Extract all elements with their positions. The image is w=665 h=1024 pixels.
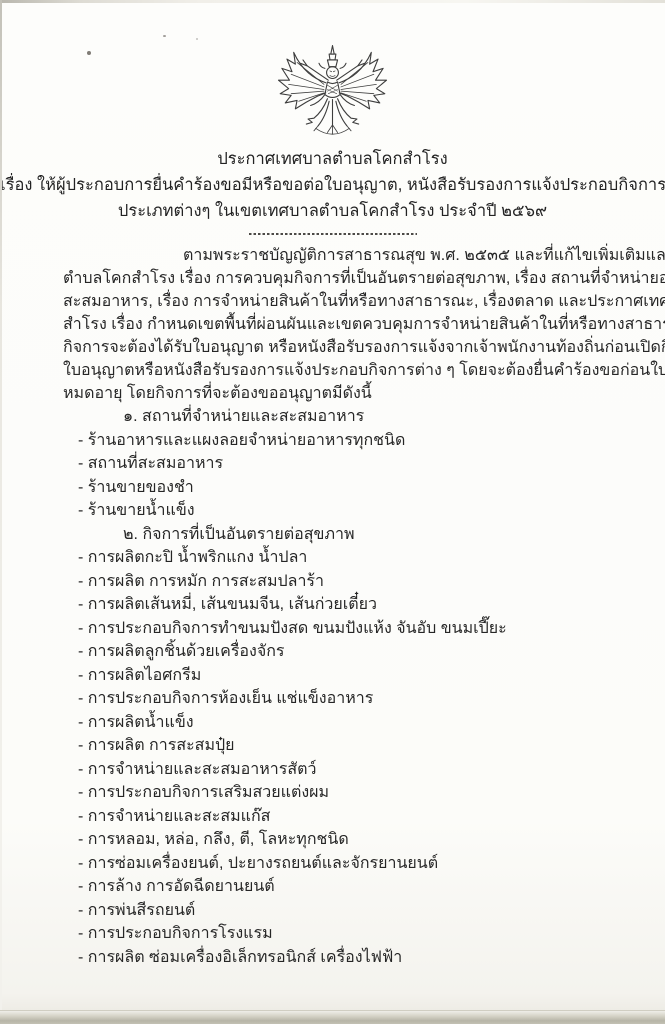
list-item: - ร้านอาหารและแผงลอยจำหน่ายอาหารทุกชนิด <box>63 429 615 453</box>
list-item: - การผลิตน้ำแข็ง <box>63 711 615 735</box>
list-item: - การผลิตไอศกรีม <box>63 664 615 688</box>
document-body: ตามพระราชบัญญัติการสาธารณสุข พ.ศ. ๒๕๓๕ แ… <box>0 244 665 969</box>
list-item: - การหลอม, หล่อ, กลึง, ตี, โลหะทุกชนิด <box>63 828 615 852</box>
scan-edge-top <box>0 0 665 3</box>
document-title: ประกาศเทศบาลตำบลโคกสำโรง <box>0 146 665 172</box>
sections: ๑. สถานที่จำหน่ายและสะสมอาหาร- ร้านอาหาร… <box>63 405 615 969</box>
scan-edge-bottom <box>0 1010 665 1024</box>
paragraph-line: กิจการจะต้องได้รับใบอนุญาต หรือหนังสือรั… <box>63 336 615 359</box>
scan-edge-left <box>0 0 2 1024</box>
list-item: - การผลิตกะปิ น้ำพริกแกง น้ำปลา <box>63 546 615 570</box>
paragraph-line: สำโรง เรื่อง กำหนดเขตพื้นที่ผ่อนผันและเข… <box>63 313 615 336</box>
list-item: - การประกอบกิจการเสริมสวยแต่งผม <box>63 781 615 805</box>
list-item: - ร้านขายน้ำแข็ง <box>63 499 615 523</box>
paragraph-line: ตามพระราชบัญญัติการสาธารณสุข พ.ศ. ๒๕๓๕ แ… <box>63 244 615 267</box>
list-item: - การจำหน่ายและสะสมอาหารสัตว์ <box>63 758 615 782</box>
paragraph-line: สะสมอาหาร, เรื่อง การจำหน่ายสินค้าในที่ห… <box>63 290 615 313</box>
scan-speck <box>163 35 166 37</box>
list-item: - การผลิต การสะสมปุ๋ย <box>63 734 615 758</box>
list-item: - การผลิต ซ่อมเครื่องอิเล็กทรอนิกส์ เครื… <box>63 946 615 970</box>
list-item: - การประกอบกิจการห้องเย็น แช่แข็งอาหาร <box>63 687 615 711</box>
section: ๒. กิจการที่เป็นอันตรายต่อสุขภาพ- การผลิ… <box>63 523 615 970</box>
paragraph-line: ตำบลโคกสำโรง เรื่อง การควบคุมกิจการที่เป… <box>63 267 615 290</box>
dotted-separator <box>249 233 417 235</box>
document-subject-line-1: เรื่อง ให้ผู้ประกอบการยื่นคำร้องขอมีหรือ… <box>0 172 665 198</box>
list-item: - การผลิตเส้นหมี่, เส้นขนมจีน, เส้นก่วยเ… <box>63 593 615 617</box>
list-item: - สถานที่สะสมอาหาร <box>63 452 615 476</box>
list-item: - การประกอบกิจการทำขนมปังสด ขนมปังแห้ง จ… <box>63 617 615 641</box>
list-item: - ร้านขายของชำ <box>63 476 615 500</box>
section: ๑. สถานที่จำหน่ายและสะสมอาหาร- ร้านอาหาร… <box>63 405 615 523</box>
paragraph-line: หมดอายุ โดยกิจการที่จะต้องขออนุญาตมีดังน… <box>63 382 615 405</box>
section-heading: ๒. กิจการที่เป็นอันตรายต่อสุขภาพ <box>63 523 615 547</box>
scan-speck <box>87 51 91 55</box>
scan-speck <box>196 38 198 40</box>
document-subject-line-2: ประเภทต่างๆ ในเขตเทศบาลตำบลโคกสำโรง ประจ… <box>0 198 665 224</box>
list-item: - การจำหน่ายและสะสมแก๊ส <box>63 805 615 829</box>
list-item: - การพ่นสีรถยนต์ <box>63 899 615 923</box>
list-item: - การล้าง การอัดฉีดยานยนต์ <box>63 875 615 899</box>
preamble-paragraph: ตามพระราชบัญญัติการสาธารณสุข พ.ศ. ๒๕๓๕ แ… <box>63 244 615 405</box>
scanned-document-page: ประกาศเทศบาลตำบลโคกสำโรง เรื่อง ให้ผู้ปร… <box>0 0 665 1024</box>
paragraph-line: ใบอนุญาตหรือหนังสือรับรองการแจ้งประกอบกิ… <box>63 359 615 382</box>
list-item: - การผลิต การหมัก การสะสมปลาร้า <box>63 570 615 594</box>
list-item: - การประกอบกิจการโรงแรม <box>63 922 615 946</box>
garuda-emblem-icon <box>265 42 400 142</box>
section-heading: ๑. สถานที่จำหน่ายและสะสมอาหาร <box>63 405 615 429</box>
document-header: ประกาศเทศบาลตำบลโคกสำโรง เรื่อง ให้ผู้ปร… <box>0 146 665 224</box>
list-item: - การผลิตลูกชิ้นด้วยเครื่องจักร <box>63 640 615 664</box>
list-item: - การซ่อมเครื่องยนต์, ปะยางรถยนต์และจักร… <box>63 852 615 876</box>
